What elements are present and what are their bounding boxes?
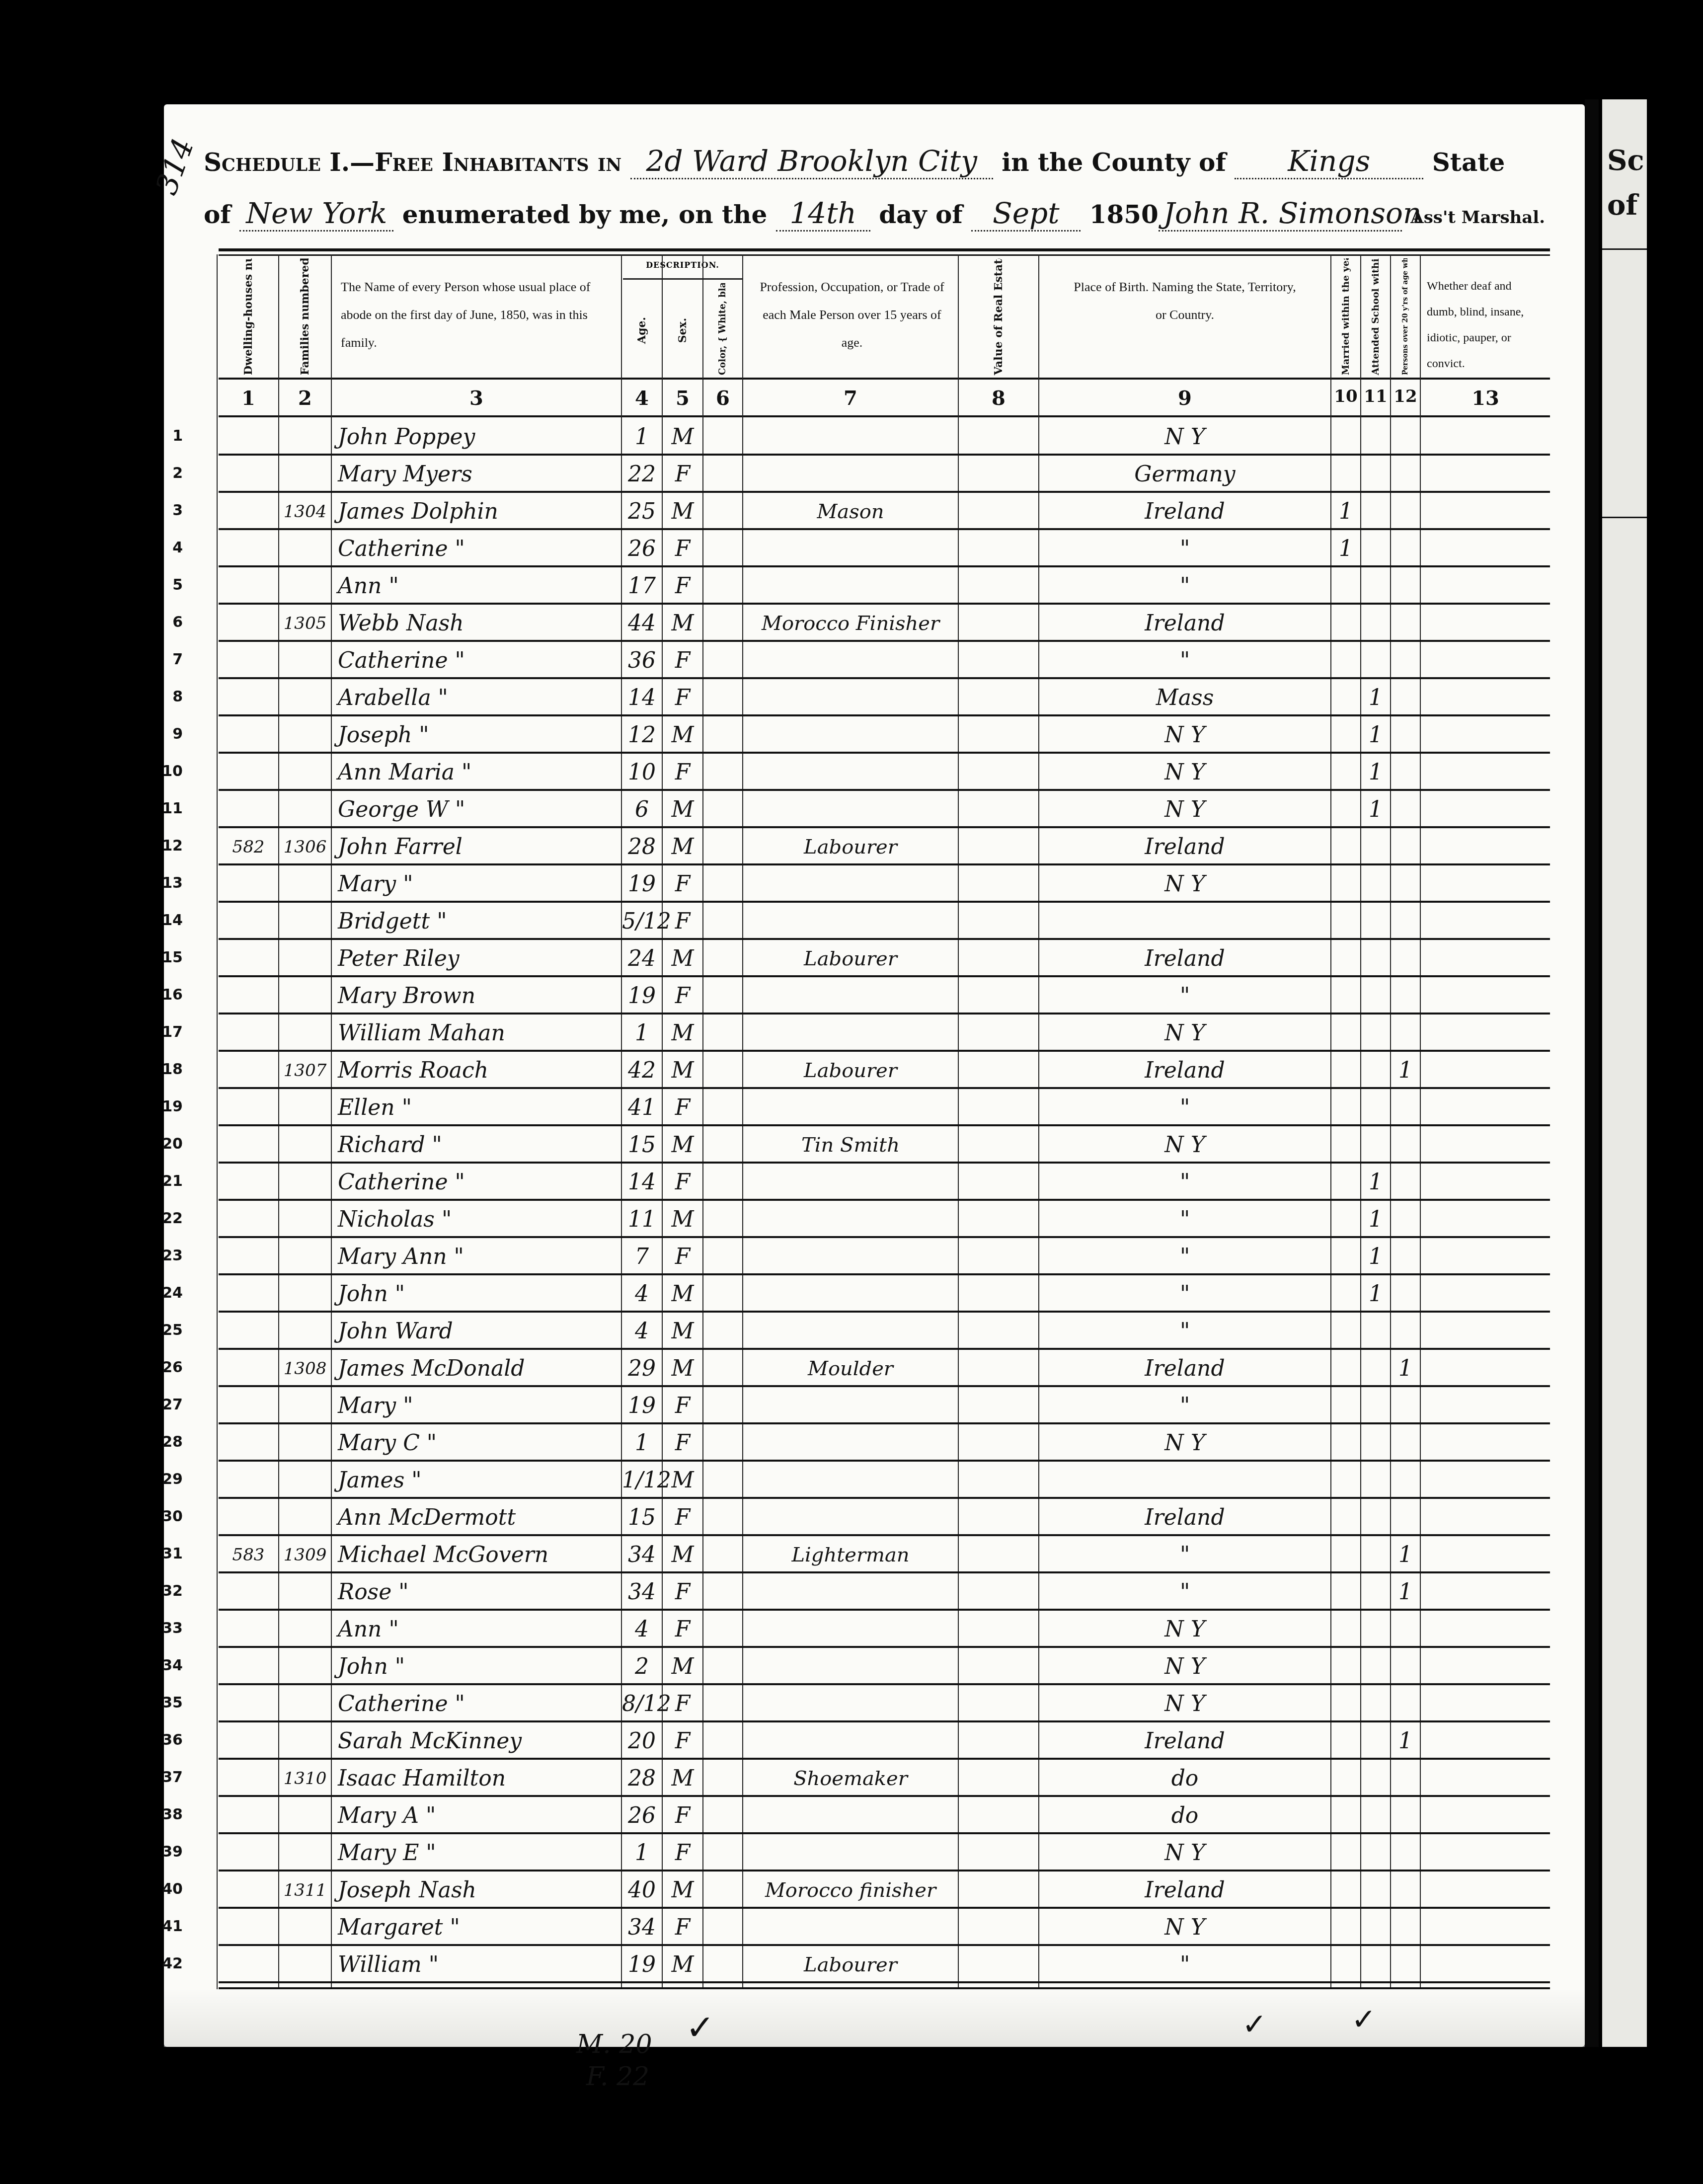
col-header-birthplace: Place of Birth. Naming the State, Territ…: [1039, 258, 1330, 378]
adjacent-of-fragment: of: [1607, 189, 1637, 222]
table-row: 29James "1/12M: [219, 1462, 1550, 1499]
cell-age: 5/12: [622, 907, 662, 936]
cell-illiterate: [1391, 1615, 1420, 1644]
cell-condition: [1421, 534, 1550, 564]
cell-occupation: [743, 1428, 958, 1458]
cell-dwelling: [219, 981, 278, 1011]
cell-real-estate: [959, 944, 1038, 974]
cell-name: Ann Maria ": [338, 758, 621, 787]
cell-name: Catherine ": [338, 1689, 621, 1719]
cell-illiterate: [1391, 571, 1420, 601]
cell-school: [1361, 609, 1390, 638]
cell-condition: [1421, 869, 1550, 899]
cell-school: [1361, 1540, 1390, 1570]
line-number: 37: [158, 1769, 183, 1786]
cell-family: [279, 460, 331, 489]
cell-illiterate: [1391, 795, 1420, 825]
cell-occupation: Morocco finisher: [743, 1875, 958, 1905]
place-field: 2d Ward Brooklyn City: [630, 144, 993, 179]
line-number: 27: [158, 1396, 183, 1413]
cell-real-estate: [959, 1168, 1038, 1197]
cell-occupation: [743, 1168, 958, 1197]
line-number: 22: [158, 1210, 183, 1227]
cell-school: [1361, 1093, 1390, 1123]
cell-birthplace: ": [1039, 1391, 1330, 1421]
cell-family: [279, 1838, 331, 1868]
cell-color: [703, 1913, 742, 1943]
cell-color: [703, 1540, 742, 1570]
cell-real-estate: [959, 1801, 1038, 1831]
cell-birthplace: Ireland: [1039, 1056, 1330, 1086]
cell-age: 17: [622, 571, 662, 601]
line-number: 13: [158, 874, 183, 892]
line-number: 1: [158, 427, 183, 445]
cell-illiterate: [1391, 907, 1420, 936]
line-number: 39: [158, 1843, 183, 1861]
cell-condition: [1421, 1913, 1550, 1943]
cell-sex: F: [663, 1913, 702, 1943]
cell-family: [279, 571, 331, 601]
cell-name: John ": [338, 1279, 621, 1309]
cell-dwelling: [219, 1093, 278, 1123]
cell-sex: F: [663, 758, 702, 787]
line-number: 36: [158, 1731, 183, 1749]
cell-condition: [1421, 571, 1550, 601]
cell-name: Peter Riley: [338, 944, 621, 974]
cell-name: Joseph ": [338, 720, 621, 750]
cell-color: [703, 1093, 742, 1123]
year: 1850: [1089, 200, 1159, 229]
table-row: 13Mary "19FN Y: [219, 865, 1550, 903]
cell-birthplace: N Y: [1039, 795, 1330, 825]
cell-dwelling: [219, 1726, 278, 1756]
cell-married: [1331, 571, 1360, 601]
cell-age: 19: [622, 1950, 662, 1980]
cell-dwelling: [219, 795, 278, 825]
cell-dwelling: [219, 1130, 278, 1160]
cell-birthplace: do: [1039, 1801, 1330, 1831]
col-header-name: The Name of every Person whose usual pla…: [332, 258, 621, 378]
month-field: Sept: [971, 196, 1081, 232]
line-number: 28: [158, 1433, 183, 1451]
cell-family: [279, 1801, 331, 1831]
line-number: 32: [158, 1582, 183, 1600]
cell-color: [703, 1018, 742, 1048]
cell-married: [1331, 720, 1360, 750]
cell-name: Ellen ": [338, 1093, 621, 1123]
cell-age: 2: [622, 1652, 662, 1682]
cell-color: [703, 1317, 742, 1346]
cell-real-estate: [959, 609, 1038, 638]
cell-family: [279, 1093, 331, 1123]
cell-birthplace: ": [1039, 1093, 1330, 1123]
cell-married: [1331, 1391, 1360, 1421]
cell-married: [1331, 795, 1360, 825]
table-row: 20Richard "15MTin SmithN Y: [219, 1126, 1550, 1164]
cell-married: [1331, 1801, 1360, 1831]
cell-illiterate: 1: [1391, 1726, 1420, 1756]
cell-name: Nicholas ": [338, 1205, 621, 1235]
cell-condition: [1421, 907, 1550, 936]
cell-birthplace: Germany: [1039, 460, 1330, 489]
cell-family: [279, 1689, 331, 1719]
cell-dwelling: [219, 534, 278, 564]
cell-name: George W ": [338, 795, 621, 825]
cell-real-estate: [959, 422, 1038, 452]
cell-color: [703, 1428, 742, 1458]
cell-color: [703, 1801, 742, 1831]
cell-name: William ": [338, 1950, 621, 1980]
cell-married: [1331, 683, 1360, 713]
cell-occupation: [743, 1689, 958, 1719]
cell-family: [279, 1391, 331, 1421]
cell-dwelling: [219, 646, 278, 676]
cell-real-estate: [959, 758, 1038, 787]
col-header-family: Families numbered in the order of visita…: [279, 258, 331, 378]
cell-real-estate: [959, 1056, 1038, 1086]
cell-real-estate: [959, 1540, 1038, 1570]
cell-condition: [1421, 1577, 1550, 1607]
cell-real-estate: [959, 1242, 1038, 1272]
cell-illiterate: [1391, 1093, 1420, 1123]
cell-birthplace: N Y: [1039, 1018, 1330, 1048]
col-header-sex: Sex.: [663, 283, 702, 378]
cell-occupation: [743, 1801, 958, 1831]
cell-sex: M: [663, 1130, 702, 1160]
cell-age: 29: [622, 1354, 662, 1384]
cell-married: [1331, 1242, 1360, 1272]
cell-age: 20: [622, 1726, 662, 1756]
cell-sex: M: [663, 944, 702, 974]
cell-occupation: [743, 1838, 958, 1868]
cell-condition: [1421, 1093, 1550, 1123]
cell-illiterate: [1391, 1428, 1420, 1458]
cell-dwelling: [219, 869, 278, 899]
cell-sex: F: [663, 869, 702, 899]
cell-illiterate: 1: [1391, 1056, 1420, 1086]
cell-family: [279, 1503, 331, 1533]
table-row: 261308James McDonald29MMoulderIreland1: [219, 1350, 1550, 1387]
cell-color: [703, 1764, 742, 1794]
cell-name: John Poppey: [338, 422, 621, 452]
cell-family: 1311: [279, 1875, 331, 1905]
cell-married: [1331, 1354, 1360, 1384]
cell-married: [1331, 646, 1360, 676]
cell-real-estate: [959, 646, 1038, 676]
cell-sex: M: [663, 422, 702, 452]
cell-real-estate: [959, 1577, 1038, 1607]
table-row: 16Mary Brown19F": [219, 977, 1550, 1014]
cell-real-estate: [959, 497, 1038, 527]
cell-sex: F: [663, 1615, 702, 1644]
cell-family: [279, 1950, 331, 1980]
cell-illiterate: [1391, 1689, 1420, 1719]
table-row: 25John Ward4M": [219, 1313, 1550, 1350]
cell-sex: F: [663, 683, 702, 713]
cell-occupation: Shoemaker: [743, 1764, 958, 1794]
cell-real-estate: [959, 1466, 1038, 1495]
cell-real-estate: [959, 1018, 1038, 1048]
cell-sex: F: [663, 1503, 702, 1533]
cell-family: [279, 1242, 331, 1272]
table-row: 23Mary Ann "7F"1: [219, 1238, 1550, 1275]
cell-condition: [1421, 1875, 1550, 1905]
cell-family: [279, 1168, 331, 1197]
enumerated-label: enumerated by me, on the: [402, 200, 768, 229]
cell-birthplace: ": [1039, 1540, 1330, 1570]
cell-name: Joseph Nash: [338, 1875, 621, 1905]
table-row: 39Mary E "1FN Y: [219, 1834, 1550, 1872]
cell-illiterate: [1391, 683, 1420, 713]
cell-married: [1331, 1503, 1360, 1533]
cell-birthplace: ": [1039, 981, 1330, 1011]
cell-age: 4: [622, 1317, 662, 1346]
cell-illiterate: [1391, 1764, 1420, 1794]
table-row: 15Peter Riley24MLabourerIreland: [219, 940, 1550, 977]
cell-school: 1: [1361, 1168, 1390, 1197]
cell-illiterate: [1391, 1466, 1420, 1495]
schedule-title: Schedule I.—Free Inhabitants in: [204, 148, 621, 177]
table-row: 35Catherine "8/12FN Y: [219, 1685, 1550, 1722]
cell-color: [703, 609, 742, 638]
cell-sex: M: [663, 1466, 702, 1495]
cell-occupation: [743, 460, 958, 489]
cell-real-estate: [959, 1205, 1038, 1235]
cell-color: [703, 1950, 742, 1980]
cell-birthplace: Ireland: [1039, 1875, 1330, 1905]
line-number: 8: [158, 688, 183, 705]
cell-real-estate: [959, 1391, 1038, 1421]
cell-family: [279, 1913, 331, 1943]
cell-name: Rose ": [338, 1577, 621, 1607]
cell-condition: [1421, 1466, 1550, 1495]
cell-illiterate: [1391, 944, 1420, 974]
cell-illiterate: [1391, 534, 1420, 564]
cell-family: 1305: [279, 609, 331, 638]
line-number: 38: [158, 1806, 183, 1823]
cell-sex: F: [663, 1801, 702, 1831]
cell-family: 1306: [279, 832, 331, 862]
cell-condition: [1421, 1615, 1550, 1644]
cell-school: [1361, 1317, 1390, 1346]
table-row: 2Mary Myers22FGermany: [219, 456, 1550, 493]
column-number-row: 1 2 3 4 5 6 7 8 9 10 11 12 13: [219, 378, 1550, 417]
cell-occupation: Moulder: [743, 1354, 958, 1384]
cell-dwelling: [219, 1913, 278, 1943]
cell-school: [1361, 944, 1390, 974]
adjacent-page-edge: Sc of: [1602, 99, 1647, 2047]
cell-illiterate: [1391, 869, 1420, 899]
cell-birthplace: ": [1039, 534, 1330, 564]
cell-school: [1361, 1689, 1390, 1719]
cell-sex: F: [663, 1838, 702, 1868]
cell-school: [1361, 422, 1390, 452]
cell-color: [703, 571, 742, 601]
check-mark-icon: ✓: [1242, 2007, 1267, 2042]
cell-sex: M: [663, 1764, 702, 1794]
check-mark-icon: ✓: [686, 2007, 715, 2048]
cell-age: 8/12: [622, 1689, 662, 1719]
cell-married: [1331, 1205, 1360, 1235]
table-row: 28Mary C "1FN Y: [219, 1424, 1550, 1462]
table-row: 34John "2MN Y: [219, 1648, 1550, 1685]
line-number: 20: [158, 1135, 183, 1153]
cell-birthplace: N Y: [1039, 720, 1330, 750]
cell-family: [279, 422, 331, 452]
cell-birthplace: ": [1039, 1950, 1330, 1980]
cell-married: [1331, 1652, 1360, 1682]
cell-married: [1331, 907, 1360, 936]
cell-name: Margaret ": [338, 1913, 621, 1943]
cell-illiterate: 1: [1391, 1577, 1420, 1607]
cell-dwelling: 582: [219, 832, 278, 862]
cell-married: [1331, 1726, 1360, 1756]
table-row: 30Ann McDermott15FIreland: [219, 1499, 1550, 1536]
cell-real-estate: [959, 1726, 1038, 1756]
cell-occupation: Labourer: [743, 944, 958, 974]
cell-illiterate: [1391, 460, 1420, 489]
line-number: 4: [158, 539, 183, 556]
cell-birthplace: ": [1039, 1242, 1330, 1272]
cell-sex: M: [663, 1875, 702, 1905]
cell-birthplace: Ireland: [1039, 832, 1330, 862]
cell-illiterate: [1391, 646, 1420, 676]
cell-occupation: Labourer: [743, 832, 958, 862]
cell-real-estate: [959, 1130, 1038, 1160]
cell-family: 1309: [279, 1540, 331, 1570]
cell-condition: [1421, 1838, 1550, 1868]
cell-married: [1331, 1689, 1360, 1719]
line-number: 25: [158, 1322, 183, 1339]
table-row: 5Ann "17F": [219, 567, 1550, 605]
cell-school: [1361, 1130, 1390, 1160]
cell-real-estate: [959, 460, 1038, 489]
cell-school: [1361, 1428, 1390, 1458]
cell-dwelling: [219, 497, 278, 527]
cell-dwelling: [219, 1205, 278, 1235]
cell-color: [703, 1652, 742, 1682]
cell-sex: F: [663, 1242, 702, 1272]
cell-family: [279, 1130, 331, 1160]
cell-age: 14: [622, 683, 662, 713]
cell-school: [1361, 1466, 1390, 1495]
cell-age: 1: [622, 1838, 662, 1868]
cell-birthplace: ": [1039, 646, 1330, 676]
cell-name: Isaac Hamilton: [338, 1764, 621, 1794]
cell-dwelling: [219, 1279, 278, 1309]
cell-school: [1361, 1652, 1390, 1682]
cell-dwelling: [219, 907, 278, 936]
cell-dwelling: [219, 1615, 278, 1644]
cell-occupation: Morocco Finisher: [743, 609, 958, 638]
cell-school: [1361, 646, 1390, 676]
cell-sex: M: [663, 609, 702, 638]
cell-family: [279, 1205, 331, 1235]
line-number: 15: [158, 949, 183, 966]
col-num-2: 2: [279, 387, 331, 410]
cell-married: [1331, 981, 1360, 1011]
col-header-dwelling: Dwelling-houses numbered in the order of…: [219, 258, 278, 378]
cell-family: 1308: [279, 1354, 331, 1384]
cell-occupation: [743, 1577, 958, 1607]
cell-occupation: [743, 1466, 958, 1495]
col-num-6: 6: [703, 387, 742, 410]
line-number: 24: [158, 1284, 183, 1302]
cell-age: 6: [622, 795, 662, 825]
state-field: New York: [239, 196, 393, 232]
cell-age: 34: [622, 1577, 662, 1607]
cell-married: [1331, 1950, 1360, 1980]
line-number: 41: [158, 1918, 183, 1935]
line-number: 35: [158, 1694, 183, 1712]
table-row: 31304James Dolphin25MMasonIreland1: [219, 493, 1550, 530]
cell-family: [279, 1652, 331, 1682]
cell-dwelling: [219, 1577, 278, 1607]
line-number: 10: [158, 763, 183, 780]
cell-name: Bridgett ": [338, 907, 621, 936]
cell-condition: [1421, 422, 1550, 452]
cell-illiterate: [1391, 981, 1420, 1011]
cell-color: [703, 1168, 742, 1197]
cell-illiterate: [1391, 422, 1420, 452]
cell-color: [703, 646, 742, 676]
cell-birthplace: ": [1039, 1279, 1330, 1309]
cell-birthplace: Ireland: [1039, 497, 1330, 527]
cell-married: [1331, 758, 1360, 787]
cell-married: 1: [1331, 497, 1360, 527]
cell-color: [703, 1391, 742, 1421]
line-number: 12: [158, 837, 183, 855]
cell-family: [279, 907, 331, 936]
cell-birthplace: N Y: [1039, 758, 1330, 787]
cell-name: John Farrel: [338, 832, 621, 862]
cell-age: 1/12: [622, 1466, 662, 1495]
cell-illiterate: [1391, 832, 1420, 862]
cell-age: 7: [622, 1242, 662, 1272]
cell-real-estate: [959, 720, 1038, 750]
table-row: 21Catherine "14F"1: [219, 1164, 1550, 1201]
cell-dwelling: [219, 683, 278, 713]
cell-dwelling: [219, 1242, 278, 1272]
table-row: 371310Isaac Hamilton28MShoemakerdo: [219, 1760, 1550, 1797]
cell-sex: M: [663, 497, 702, 527]
cell-family: 1310: [279, 1764, 331, 1794]
cell-color: [703, 720, 742, 750]
col-num-7: 7: [743, 387, 958, 410]
cell-sex: M: [663, 1354, 702, 1384]
cell-dwelling: [219, 1056, 278, 1086]
cell-condition: [1421, 609, 1550, 638]
cell-color: [703, 1577, 742, 1607]
col-num-9: 9: [1039, 387, 1330, 410]
line-number: 29: [158, 1471, 183, 1488]
cell-illiterate: [1391, 1205, 1420, 1235]
cell-sex: F: [663, 1168, 702, 1197]
cell-married: 1: [1331, 534, 1360, 564]
cell-school: [1361, 1764, 1390, 1794]
cell-color: [703, 497, 742, 527]
cell-occupation: [743, 1018, 958, 1048]
cell-family: [279, 1018, 331, 1048]
cell-married: [1331, 944, 1360, 974]
cell-married: [1331, 1168, 1360, 1197]
cell-occupation: [743, 683, 958, 713]
line-number: 23: [158, 1247, 183, 1264]
schedule-header-line2: of New York enumerated by me, on the 14t…: [204, 196, 1545, 232]
cell-age: 11: [622, 1205, 662, 1235]
cell-age: 40: [622, 1875, 662, 1905]
cell-dwelling: [219, 1503, 278, 1533]
